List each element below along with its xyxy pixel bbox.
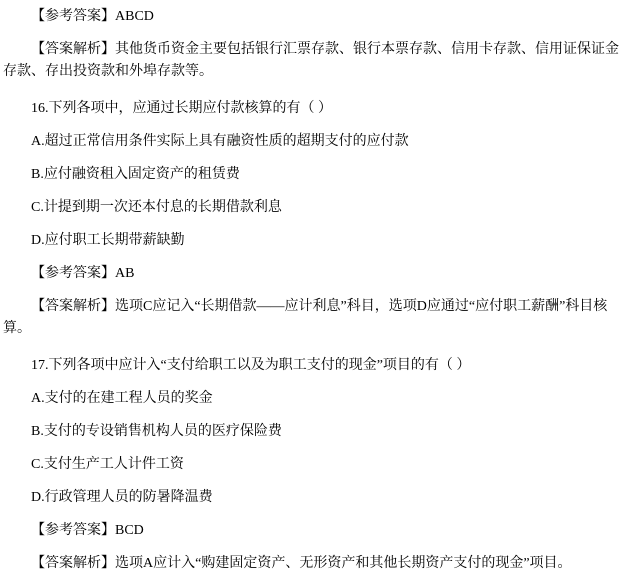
q17-option-d: D.行政管理人员的防暑降温费 (3, 487, 626, 509)
q17-question-stem: 17.下列各项中应计入“支付给职工以及为职工支付的现金”项目的有（ ） (3, 355, 626, 377)
q17-option-c: C.支付生产工人计件工资 (3, 454, 626, 476)
q16-option-c: C.计提到期一次还本付息的长期借款利息 (3, 197, 626, 219)
q16-option-d: D.应付职工长期带薪缺勤 (3, 230, 626, 252)
q15-answer-analysis: 【答案解析】其他货币资金主要包括银行汇票存款、银行本票存款、信用卡存款、信用证保… (3, 39, 626, 83)
q16-option-a: A.超过正常信用条件实际上具有融资性质的超期支付的应付款 (3, 131, 626, 153)
q17-option-b: B.支付的专设销售机构人员的医疗保险费 (3, 421, 626, 443)
q15-reference-answer: 【参考答案】ABCD (3, 6, 626, 28)
q17-reference-answer: 【参考答案】BCD (3, 520, 626, 542)
document-page: 【参考答案】ABCD 【答案解析】其他货币资金主要包括银行汇票存款、银行本票存款… (0, 0, 629, 575)
q17-answer-analysis: 【答案解析】选项A应计入“购建固定资产、无形资产和其他长期资产支付的现金”项目。 (3, 553, 626, 575)
q16-answer-analysis: 【答案解析】选项C应记入“长期借款——应计利息”科目，选项D应通过“应付职工薪酬… (3, 296, 626, 340)
q16-question-stem: 16.下列各项中，应通过长期应付款核算的有（ ） (3, 98, 626, 120)
q17-option-a: A.支付的在建工程人员的奖金 (3, 388, 626, 410)
q16-option-b: B.应付融资租入固定资产的租赁费 (3, 164, 626, 186)
q16-reference-answer: 【参考答案】AB (3, 263, 626, 285)
